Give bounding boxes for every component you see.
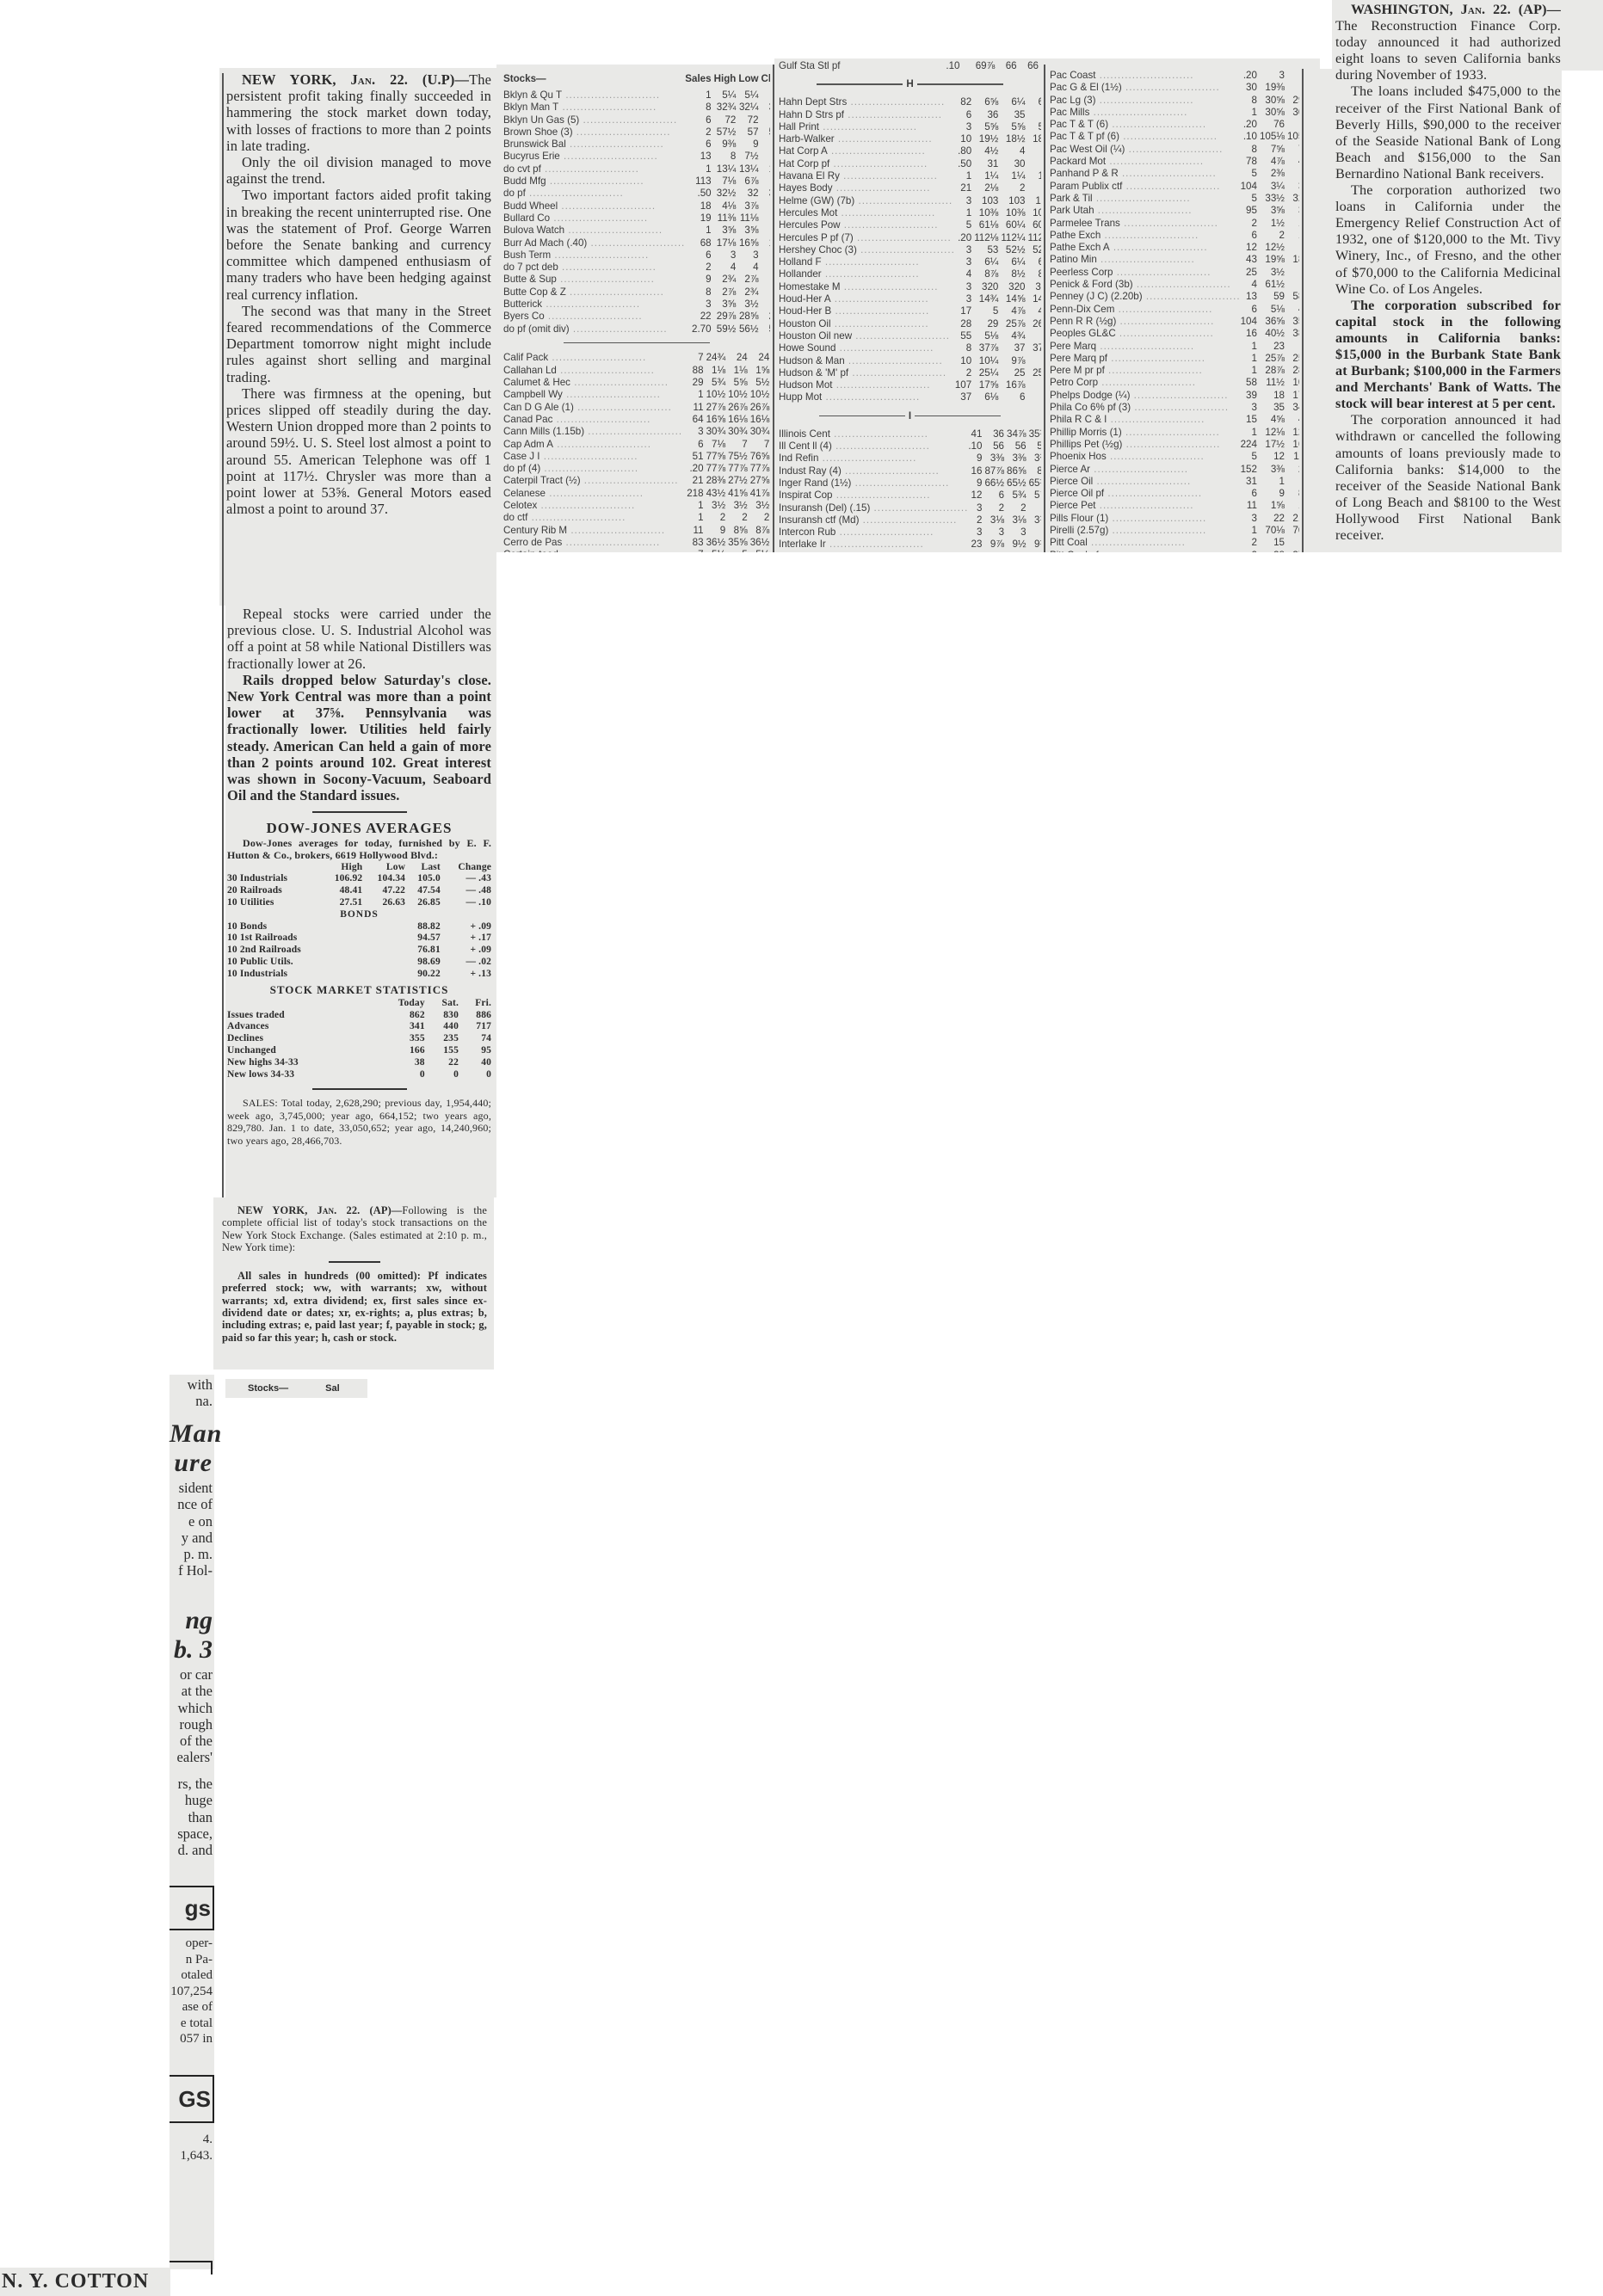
sales-summary: SALES: Total today, 2,628,290; previous … xyxy=(227,1097,491,1147)
table-row: Pac Mills ..........................130⅝… xyxy=(1050,107,1299,119)
table-row: Bklyn & Qu T ..........................1… xyxy=(503,89,770,102)
table-row: Canad Pac ..........................6416… xyxy=(503,414,770,426)
divider xyxy=(312,811,407,813)
table-row: Illinois Cent ..........................… xyxy=(779,428,1041,440)
fragment-lines-f: 4. 1,643. xyxy=(170,2132,213,2164)
fragment-headline-a: Man ure xyxy=(170,1419,213,1478)
table-row: Inger Rand (1½) ........................… xyxy=(779,477,1041,489)
table-row: Hudson & 'M' pf ........................… xyxy=(779,367,1041,379)
table-row: Hat Corp A ...........................80… xyxy=(779,145,1041,157)
table-row: Hat Corp pf ...........................5… xyxy=(779,158,1041,170)
table-row: Brown Shoe (3) .........................… xyxy=(503,126,770,138)
table-row: Declines35523574 xyxy=(227,1033,491,1045)
market-story: NEW YORK, Jan. 22. (U.P)—The persistent … xyxy=(226,71,491,517)
table-row: Peoples GL&C ..........................1… xyxy=(1050,328,1299,340)
table-row: Pierce Ar ..........................1523… xyxy=(1050,464,1299,476)
table-row: 20 Railroads48.4147.2247.54— .48 xyxy=(227,885,491,897)
table-row: Helme (GW) (7b) ........................… xyxy=(779,195,1041,207)
table-row: Hollander ..........................48⅞8… xyxy=(779,268,1041,280)
table-row: Bklyn Un Gas (5) .......................… xyxy=(503,114,770,126)
table-row: Pac West Oil (¼) .......................… xyxy=(1050,144,1299,156)
table-row: Bulova Watch ..........................1… xyxy=(503,225,770,237)
table-row: Peerless Corp ..........................… xyxy=(1050,267,1299,279)
table-row: Burr Ad Mach (.40) .....................… xyxy=(503,237,770,249)
table-row: Pere Marq ..........................1232… xyxy=(1050,341,1299,353)
section-letter-i: I xyxy=(779,404,1041,428)
table-row: Inspirat Cop ..........................1… xyxy=(779,489,1041,502)
table-row: Park Utah ..........................953⅝… xyxy=(1050,205,1299,217)
market-story-paragraph: Two important factors aided profit takin… xyxy=(226,187,491,302)
table-row: Pathe Exch A ..........................1… xyxy=(1050,242,1299,254)
table-row: Budd Mfg ..........................1137⅛… xyxy=(503,175,770,188)
table-row: Can D G Ale (1) ........................… xyxy=(503,402,770,414)
stats-title: STOCK MARKET STATISTICS xyxy=(227,982,491,998)
table-row: do pf ...........................5032½32… xyxy=(503,188,770,200)
table-row: Celotex ..........................13½3½3… xyxy=(503,500,770,512)
table-row: Certain-teed ..........................7… xyxy=(503,549,770,552)
table-row: Petro Corp ..........................581… xyxy=(1050,377,1299,389)
table-row: Butte & Sup ..........................92… xyxy=(503,274,770,286)
table-row: Bklyn Man T ..........................83… xyxy=(503,102,770,114)
table-row: Pac T & T (6) ..........................… xyxy=(1050,119,1299,131)
table-row: Hall Print ..........................35⅝… xyxy=(779,121,1041,133)
table-row: Cann Mills (1.15b) .....................… xyxy=(503,426,770,438)
table-row: Phillips Pet (½g) ......................… xyxy=(1050,439,1299,451)
table-row: Phila Co 6% pf (3) .....................… xyxy=(1050,402,1299,414)
dow-jones-intro: Dow-Jones averages for today, furnished … xyxy=(227,837,491,862)
table-row: Advances341440717 xyxy=(227,1021,491,1033)
table-row: Hudson & Man ..........................1… xyxy=(779,355,1041,367)
table-row: 10 2nd Railroads76.81+ .09 xyxy=(227,945,491,957)
table-row: Hahn Dept Strs .........................… xyxy=(779,96,1041,108)
table-row: Interlake Ir ..........................2… xyxy=(779,539,1041,551)
table-row: Pierce Pet ..........................111… xyxy=(1050,500,1299,512)
table-row: do pf (omit div) .......................… xyxy=(503,323,770,335)
table-row: Indust Ray (4) .........................… xyxy=(779,465,1041,477)
table-row: Hercules Pow ..........................5… xyxy=(779,219,1041,231)
table-row: Phila R C & I ..........................… xyxy=(1050,414,1299,426)
table-row: 10 Public Utils.98.69— .02 xyxy=(227,957,491,969)
table-row: Panhand P & R ..........................… xyxy=(1050,168,1299,180)
stock-table-col1: Stocks— Sales High Low Close Bklyn & Qu … xyxy=(503,69,770,552)
table-row: Houston Oil new ........................… xyxy=(779,330,1041,342)
table-header-row: High Low Last Change xyxy=(227,862,491,874)
market-story-paragraph: Repeal stocks were carried under the pre… xyxy=(227,606,491,672)
table-row: Pitt Coal ..........................2151… xyxy=(1050,537,1299,549)
table-row: Insuransh ctf (Md) .....................… xyxy=(779,514,1041,526)
column-rule xyxy=(222,73,224,1363)
dow-jones-title: DOW-JONES AVERAGES xyxy=(227,820,491,836)
rfc-story-paragraph: The corporation announced it had withdra… xyxy=(1335,412,1561,544)
table-row: Houston Oil ..........................28… xyxy=(779,318,1041,330)
table-row: 10 Industrials90.22+ .13 xyxy=(227,969,491,981)
table-row: Callahan Ld ..........................88… xyxy=(503,365,770,377)
table-row: 10 1st Railroads94.57+ .17 xyxy=(227,933,491,945)
table-row: 10 Utilities27.5126.6326.85— .10 xyxy=(227,897,491,909)
table-header-row: TodaySat.Fri. xyxy=(227,998,491,1010)
table-row: Park & Til ..........................533… xyxy=(1050,193,1299,205)
table-row: Pierce Oil ..........................311… xyxy=(1050,476,1299,488)
divider xyxy=(564,342,710,344)
table-row: Pathe Exch ..........................621… xyxy=(1050,230,1299,242)
bottom-headline: N. Y. COTTON xyxy=(2,2268,170,2296)
market-story-bold-paragraph: Rails dropped below Saturday's close. Ne… xyxy=(227,672,491,804)
table-row: Hupp Mot ..........................376⅛6… xyxy=(779,391,1041,403)
fragment-box-heading-3 xyxy=(170,2261,213,2274)
table-row: Pere M pr pf ..........................1… xyxy=(1050,365,1299,377)
market-story-dateline: NEW YORK, Jan. 22. (U.P)— xyxy=(242,71,469,88)
stock-table-col3: Pac Coast ...........................203… xyxy=(1050,70,1299,552)
table-row: Havana El Ry ..........................1… xyxy=(779,170,1041,182)
nyse-notice-block: NEW YORK, Jan. 22. (AP)—Following is the… xyxy=(213,1197,494,1370)
table-header-row: Stocks— Sales High Low Close xyxy=(503,69,770,89)
divider xyxy=(329,1261,380,1263)
table-row: Bucyrus Erie ..........................1… xyxy=(503,151,770,163)
table-row: Parmelee Trans .........................… xyxy=(1050,218,1299,230)
table-row: Phoenix Hos ..........................51… xyxy=(1050,451,1299,463)
table-row: New lows 34-33000 xyxy=(227,1069,491,1081)
fragment-lines-e: oper- n Pa- otaled 107,254 ase of e tota… xyxy=(170,1936,213,2047)
table-row: Hahn D Strs pf .........................… xyxy=(779,109,1041,121)
table-row: Phelps Dodge (¼) .......................… xyxy=(1050,390,1299,402)
table-row: Calumet & Hec ..........................… xyxy=(503,377,770,389)
rfc-story-paragraph: The loans included $475,000 to the recei… xyxy=(1335,83,1561,182)
bonds-title: BONDS xyxy=(227,909,491,921)
column-rule xyxy=(773,65,774,552)
fragment-lines-a: with na. xyxy=(170,1376,213,1410)
table-row: Hershey Choc (3) .......................… xyxy=(779,244,1041,256)
table-row: Brunswick Bal ..........................… xyxy=(503,138,770,151)
table-row: Hercules P pf (7) ......................… xyxy=(779,232,1041,244)
table-row: Penn-Dix Cem ..........................6… xyxy=(1050,304,1299,316)
table-row: Penney (J C) (2.20b) ...................… xyxy=(1050,291,1299,303)
table-row: Ill Cent ll (4) ........................… xyxy=(779,440,1041,452)
dow-jones-table: High Low Last Change 30 Industrials106.9… xyxy=(227,862,491,981)
table-row: 10 Bonds88.82+ .09 xyxy=(227,921,491,933)
table-row: Harb-Walker ..........................10… xyxy=(779,133,1041,145)
table-row: Hayes Body ..........................212… xyxy=(779,182,1041,194)
fragment-lines-d: rs, the huge than space, d. and xyxy=(170,1776,213,1858)
table-row: Holland F ..........................36¼6… xyxy=(779,256,1041,268)
table-row: Caterpil Tract (½) .....................… xyxy=(503,475,770,487)
table-row: Budd Wheel ..........................184… xyxy=(503,200,770,212)
table-row: Gulf Sta Stl pf .10 69⅞ 66 66 xyxy=(779,60,1041,72)
nyse-notice: NEW YORK, Jan. 22. (AP)—Following is the… xyxy=(222,1204,487,1253)
nyse-key: All sales in hundreds (00 omitted): Pf i… xyxy=(222,1270,487,1344)
table-row: 30 Industrials106.92104.34105.0— .43 xyxy=(227,873,491,885)
table-row: Century Rib M ..........................… xyxy=(503,525,770,537)
table-row: Intercon Rub ..........................3… xyxy=(779,526,1041,539)
table-row: Cap Adm A ..........................67⅛7… xyxy=(503,439,770,451)
fragment-lines-b: sident nce of e on y and p. m. f Hol- xyxy=(170,1480,213,1579)
table-row: Bullard Co ..........................191… xyxy=(503,212,770,225)
market-story-paragraph: Only the oil division managed to move ag… xyxy=(226,154,491,187)
market-story-column: NEW YORK, Jan. 22. (U.P)—The persistent … xyxy=(219,68,496,606)
table-row: Penn R R (½g) ..........................… xyxy=(1050,316,1299,328)
table-row: Insuransh (Del) (.15) ..................… xyxy=(779,502,1041,514)
table-row: Pac Coast ...........................203… xyxy=(1050,70,1299,82)
table-row: Butterick ..........................33⅝3… xyxy=(503,299,770,311)
market-stats-table: TodaySat.Fri. Issues traded862830886 Adv… xyxy=(227,998,491,1081)
table-row: Pills Flour (1) ........................… xyxy=(1050,513,1299,525)
table-row: do pf (4) ...........................207… xyxy=(503,463,770,475)
table-row: New highs 34-33382240 xyxy=(227,1057,491,1069)
table-row: Phillip Morris (1) .....................… xyxy=(1050,427,1299,439)
table-row: Penick & Ford (3b) .....................… xyxy=(1050,279,1299,291)
table-row: Pitt Coal pf ..........................2… xyxy=(1050,550,1299,552)
table-row: Pac G & El (1½) ........................… xyxy=(1050,82,1299,94)
table-row: do ctf ..........................1222 xyxy=(503,512,770,524)
table-row: Pirelli (2.57g) ........................… xyxy=(1050,525,1299,537)
section-letter-h: H xyxy=(779,72,1041,96)
table-row: Hudson Mot ..........................107… xyxy=(779,379,1041,391)
table-row: Calif Pack ..........................724… xyxy=(503,352,770,364)
table-row: Bush Term ..........................6333 xyxy=(503,249,770,262)
table-row: do cvt pf ..........................113¼… xyxy=(503,163,770,175)
table-row: Butte Cop & Z ..........................… xyxy=(503,286,770,299)
rfc-story-paragraph: WASHINGTON, Jan. 22. (AP)—The Reconstruc… xyxy=(1335,2,1561,83)
table-row: Campbell Wy ..........................11… xyxy=(503,389,770,401)
rfc-story-bold-paragraph: The corporation subscribed for capital s… xyxy=(1335,298,1561,413)
table-row: Pere Marq pf ..........................1… xyxy=(1050,353,1299,365)
table-row: Celanese ..........................21843… xyxy=(503,488,770,500)
table-row: Param Publix ctf .......................… xyxy=(1050,181,1299,193)
table-row: Byers Co ..........................2229⅞… xyxy=(503,311,770,323)
table-row: Hercules Mot ..........................1… xyxy=(779,207,1041,219)
table-row: Case J I ..........................5177⅝… xyxy=(503,451,770,463)
table-row: Packard Mot ..........................78… xyxy=(1050,156,1299,168)
column-rule xyxy=(1044,65,1045,552)
market-story-paragraph: There was firmness at the opening, but p… xyxy=(226,385,491,518)
stock-header-stub: Stocks— Sal xyxy=(225,1379,367,1398)
fragment-box-heading-2: GS xyxy=(170,2075,214,2123)
fragment-box-heading-1: gs xyxy=(170,1886,214,1930)
table-row: Ind Refin ..........................93⅜3… xyxy=(779,452,1041,465)
table-row: Homestake M ..........................33… xyxy=(779,281,1041,293)
table-row: Pierce Oil pf ..........................… xyxy=(1050,488,1299,500)
table-row: Patino Min ..........................431… xyxy=(1050,254,1299,266)
market-story-continued: Repeal stocks were carried under the pre… xyxy=(225,606,496,1197)
fragment-headline-b: ng b. 3 xyxy=(170,1606,213,1665)
table-row: do 7 pct deb ..........................2… xyxy=(503,262,770,274)
table-row: Cerro de Pas ..........................8… xyxy=(503,537,770,549)
table-row: Houd-Her A ..........................314… xyxy=(779,293,1041,305)
divider xyxy=(312,1088,407,1090)
fragment-lines-c: or car at the which rough of the ealers' xyxy=(170,1666,213,1766)
rfc-story: WASHINGTON, Jan. 22. (AP)—The Reconstruc… xyxy=(1335,2,1561,544)
table-row: Unchanged16615595 xyxy=(227,1045,491,1057)
table-row: Howe Sound ..........................837… xyxy=(779,342,1041,354)
market-story-paragraph: The second was that many in the Street f… xyxy=(226,303,491,385)
rfc-story-paragraph: The corporation authorized two loans in … xyxy=(1335,182,1561,298)
stock-table-col2: Gulf Sta Stl pf .10 69⅞ 66 66 H Hahn Dep… xyxy=(779,60,1041,552)
table-row: Pac Lg (3) ..........................830… xyxy=(1050,95,1299,107)
table-row: Issues traded862830886 xyxy=(227,1010,491,1022)
table-row: Pac T & T pf (6) .......................… xyxy=(1050,131,1299,143)
table-row: Houd-Her B ..........................175… xyxy=(779,305,1041,317)
